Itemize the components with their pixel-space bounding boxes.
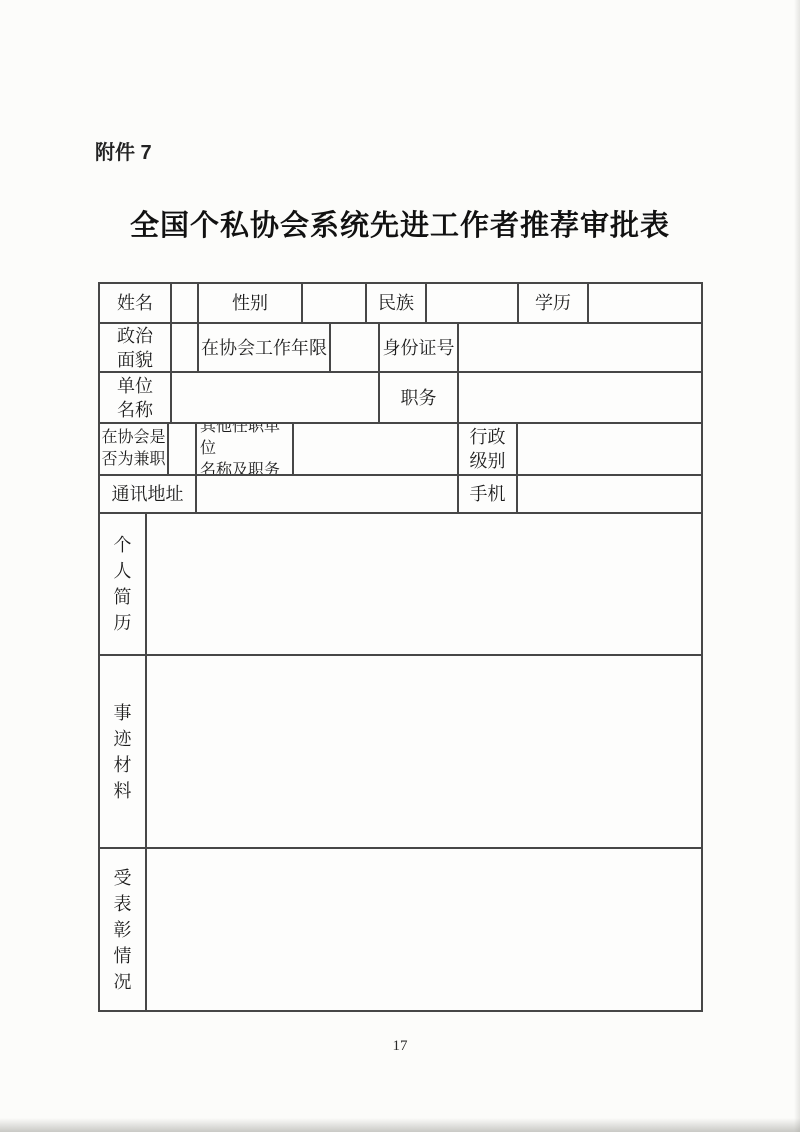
is-parttime-label: 在协会是 否为兼职 [100, 424, 169, 474]
position-label: 职务 [380, 373, 459, 422]
resume-label: 个 人 简 历 [100, 514, 147, 654]
table-row-unit: 单位 名称 职务 [100, 373, 701, 424]
address-label: 通讯地址 [100, 476, 197, 512]
deeds-label: 事 迹 材 料 [100, 656, 147, 847]
table-row-basic-1: 姓名 性别 民族 学历 [100, 284, 701, 324]
table-row-awards: 受 表 彰 情 况 [100, 849, 701, 1010]
assoc-work-years-value [331, 324, 380, 371]
position-value [459, 373, 701, 422]
awards-label: 受 表 彰 情 况 [100, 849, 147, 1010]
mobile-value [518, 476, 701, 512]
gender-label: 性别 [199, 284, 303, 322]
work-unit-value [172, 373, 380, 422]
admin-rank-label: 行政 级别 [459, 424, 518, 474]
education-label: 学历 [519, 284, 589, 322]
assoc-work-years-label: 在协会工作年限 [199, 324, 331, 371]
attachment-label: 附件 7 [95, 136, 152, 165]
table-row-resume: 个 人 简 历 [100, 514, 701, 656]
table-row-basic-2: 政治 面貌 在协会工作年限 身份证号 [100, 324, 701, 373]
resume-content [147, 514, 701, 654]
mobile-label: 手机 [459, 476, 518, 512]
scan-edge-shadow-right [794, 0, 800, 1132]
admin-rank-value [518, 424, 701, 474]
name-value [172, 284, 199, 322]
ethnicity-value [427, 284, 519, 322]
deeds-content [147, 656, 701, 847]
education-value [589, 284, 701, 322]
table-row-contact: 通讯地址 手机 [100, 476, 701, 514]
awards-content [147, 849, 701, 1010]
page-title: 全国个私协会系统先进工作者推荐审批表 [0, 203, 800, 244]
name-label: 姓名 [100, 284, 172, 322]
table-row-deeds: 事 迹 材 料 [100, 656, 701, 849]
id-number-label: 身份证号 [380, 324, 459, 371]
scan-edge-shadow-bottom [0, 1118, 800, 1132]
political-status-label: 政治 面貌 [100, 324, 172, 371]
id-number-value [459, 324, 701, 371]
page-number: 17 [0, 1038, 800, 1055]
work-unit-label: 单位 名称 [100, 373, 172, 422]
other-posts-value [294, 424, 459, 474]
political-status-value [172, 324, 199, 371]
approval-form-table: 姓名 性别 民族 学历 政治 面貌 在协会工作年限 身份证号 单位 名称 职务 … [98, 282, 703, 1012]
table-row-parttime: 在协会是 否为兼职 其他任职单位 名称及职务 行政 级别 [100, 424, 701, 476]
other-posts-label: 其他任职单位 名称及职务 [197, 424, 294, 474]
address-value [197, 476, 459, 512]
is-parttime-value [169, 424, 197, 474]
gender-value [303, 284, 367, 322]
ethnicity-label: 民族 [367, 284, 427, 322]
